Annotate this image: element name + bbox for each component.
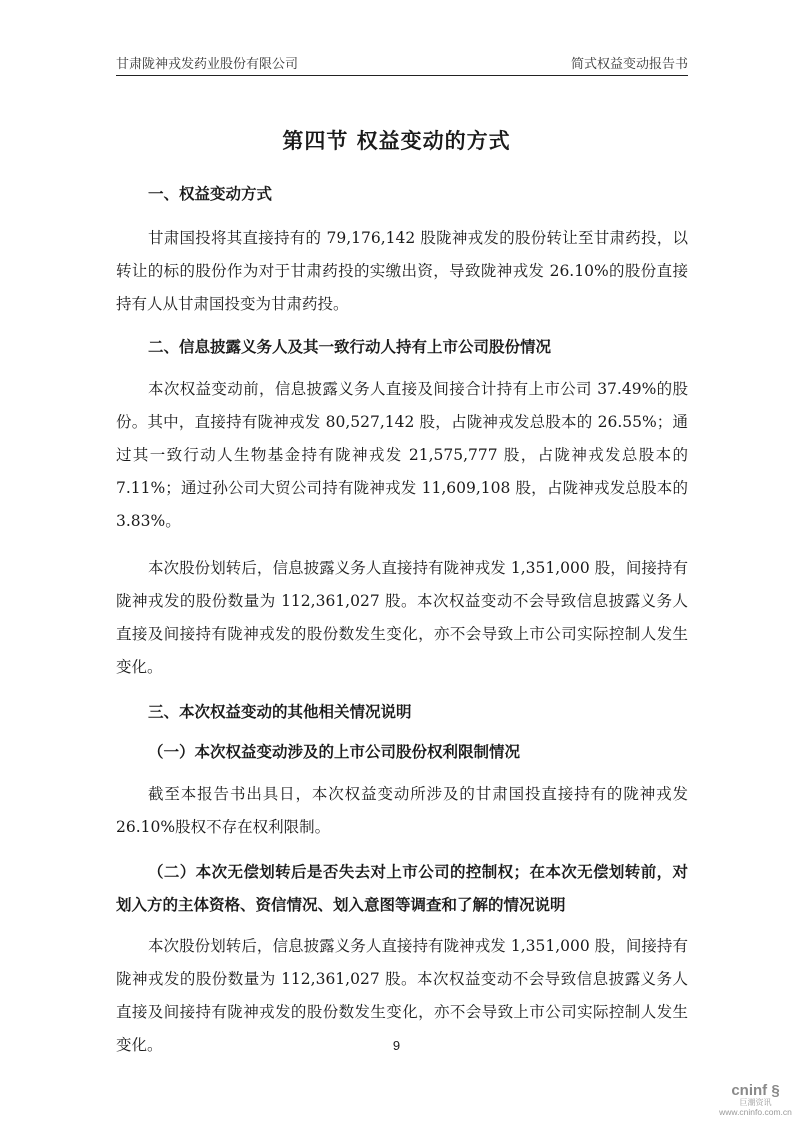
paragraph-section-2-1: 本次权益变动前，信息披露义务人直接及间接合计持有上市公司 37.49%的股份。其… [116, 373, 688, 538]
header-report-title: 简式权益变动报告书 [571, 53, 688, 72]
paragraph-section-2-2: 本次股份划转后，信息披露义务人直接持有陇神戎发 1,351,000 股，间接持有… [116, 552, 688, 684]
cninfo-watermark-logo: cninf § 巨潮资讯 www.cninfo.com.cn [718, 1083, 793, 1117]
watermark-brand-cn: 巨潮资讯 [718, 1098, 793, 1107]
heading-section-2: 二、信息披露义务人及其一致行动人持有上市公司股份情况 [116, 333, 688, 361]
page-number: 9 [0, 1038, 793, 1053]
heading-subsection-3-1: （一）本次权益变动涉及的上市公司股份权利限制情况 [116, 738, 688, 766]
paragraph-section-1: 甘肃国投将其直接持有的 79,176,142 股陇神戎发的股份转让至甘肃药投，以… [116, 222, 688, 321]
cninfo-swirl-icon: § [771, 1082, 779, 1099]
document-body: 一、权益变动方式 甘肃国投将其直接持有的 79,176,142 股陇神戎发的股份… [116, 180, 688, 1062]
section-title: 第四节 权益变动的方式 [0, 125, 793, 155]
page-header: 甘肃陇神戎发药业股份有限公司 简式权益变动报告书 [116, 50, 688, 76]
header-company-name: 甘肃陇神戎发药业股份有限公司 [116, 53, 298, 72]
heading-subsection-3-2: （二）本次无偿划转后是否失去对上市公司的控制权；在本次无偿划转前，对划入方的主体… [116, 856, 688, 922]
watermark-brand: cninf § [718, 1083, 793, 1098]
heading-section-1: 一、权益变动方式 [116, 180, 688, 208]
watermark-url: www.cninfo.com.cn [718, 1107, 793, 1117]
heading-section-3: 三、本次权益变动的其他相关情况说明 [116, 698, 688, 726]
paragraph-subsection-3-1: 截至本报告书出具日，本次权益变动所涉及的甘肃国投直接持有的陇神戎发 26.10%… [116, 778, 688, 844]
